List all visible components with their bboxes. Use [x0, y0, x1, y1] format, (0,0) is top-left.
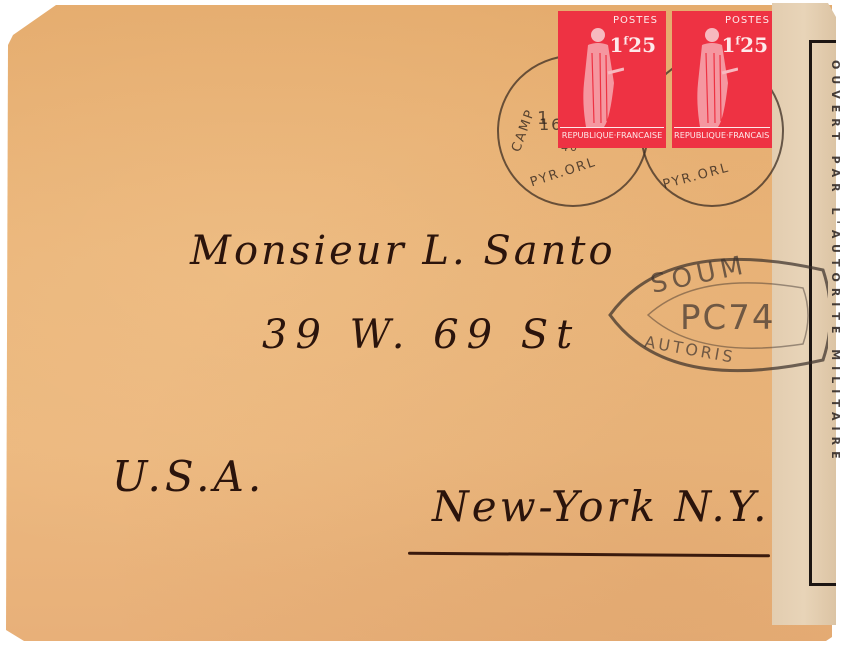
- stamp-country: REPUBLIQUE·FRANCAISE: [560, 127, 664, 140]
- stamp-label: POSTES: [613, 15, 658, 26]
- stamp-value: 1f25: [722, 33, 769, 57]
- postmark-overlay: 1: [537, 108, 551, 129]
- address-city: New-York N.Y.: [432, 482, 769, 531]
- address-name: Monsieur L. Santo: [190, 228, 616, 274]
- postmark-bottom-text: PYR.ORL: [528, 155, 598, 191]
- address-country: U.S.A.: [112, 452, 265, 501]
- censor-handstamp: SOUM PC74 AUTORIS: [608, 240, 828, 390]
- stamp-label: POSTES: [725, 15, 770, 26]
- stamp-country: REPUBLIQUE·FRANCAISE: [674, 127, 770, 140]
- address-street: 39 W. 69 St: [262, 312, 580, 358]
- stamp-value: 1f25: [610, 33, 657, 57]
- censor-tape-text: OUVERT PAR L'AUTORITE MILITAIRE: [832, 60, 842, 560]
- postmark-bottom-text: PYR.ORL: [661, 160, 731, 192]
- stamp-1: POSTES 1f25 REPUBLIQUE·FRANCAISE: [558, 11, 666, 148]
- postmark-top-text: CAMP: [509, 107, 538, 154]
- censor-center-text: PC74: [680, 298, 776, 338]
- stamp-2: POSTES 1f25 REPUBLIQUE·FRANCAISE: [672, 11, 772, 148]
